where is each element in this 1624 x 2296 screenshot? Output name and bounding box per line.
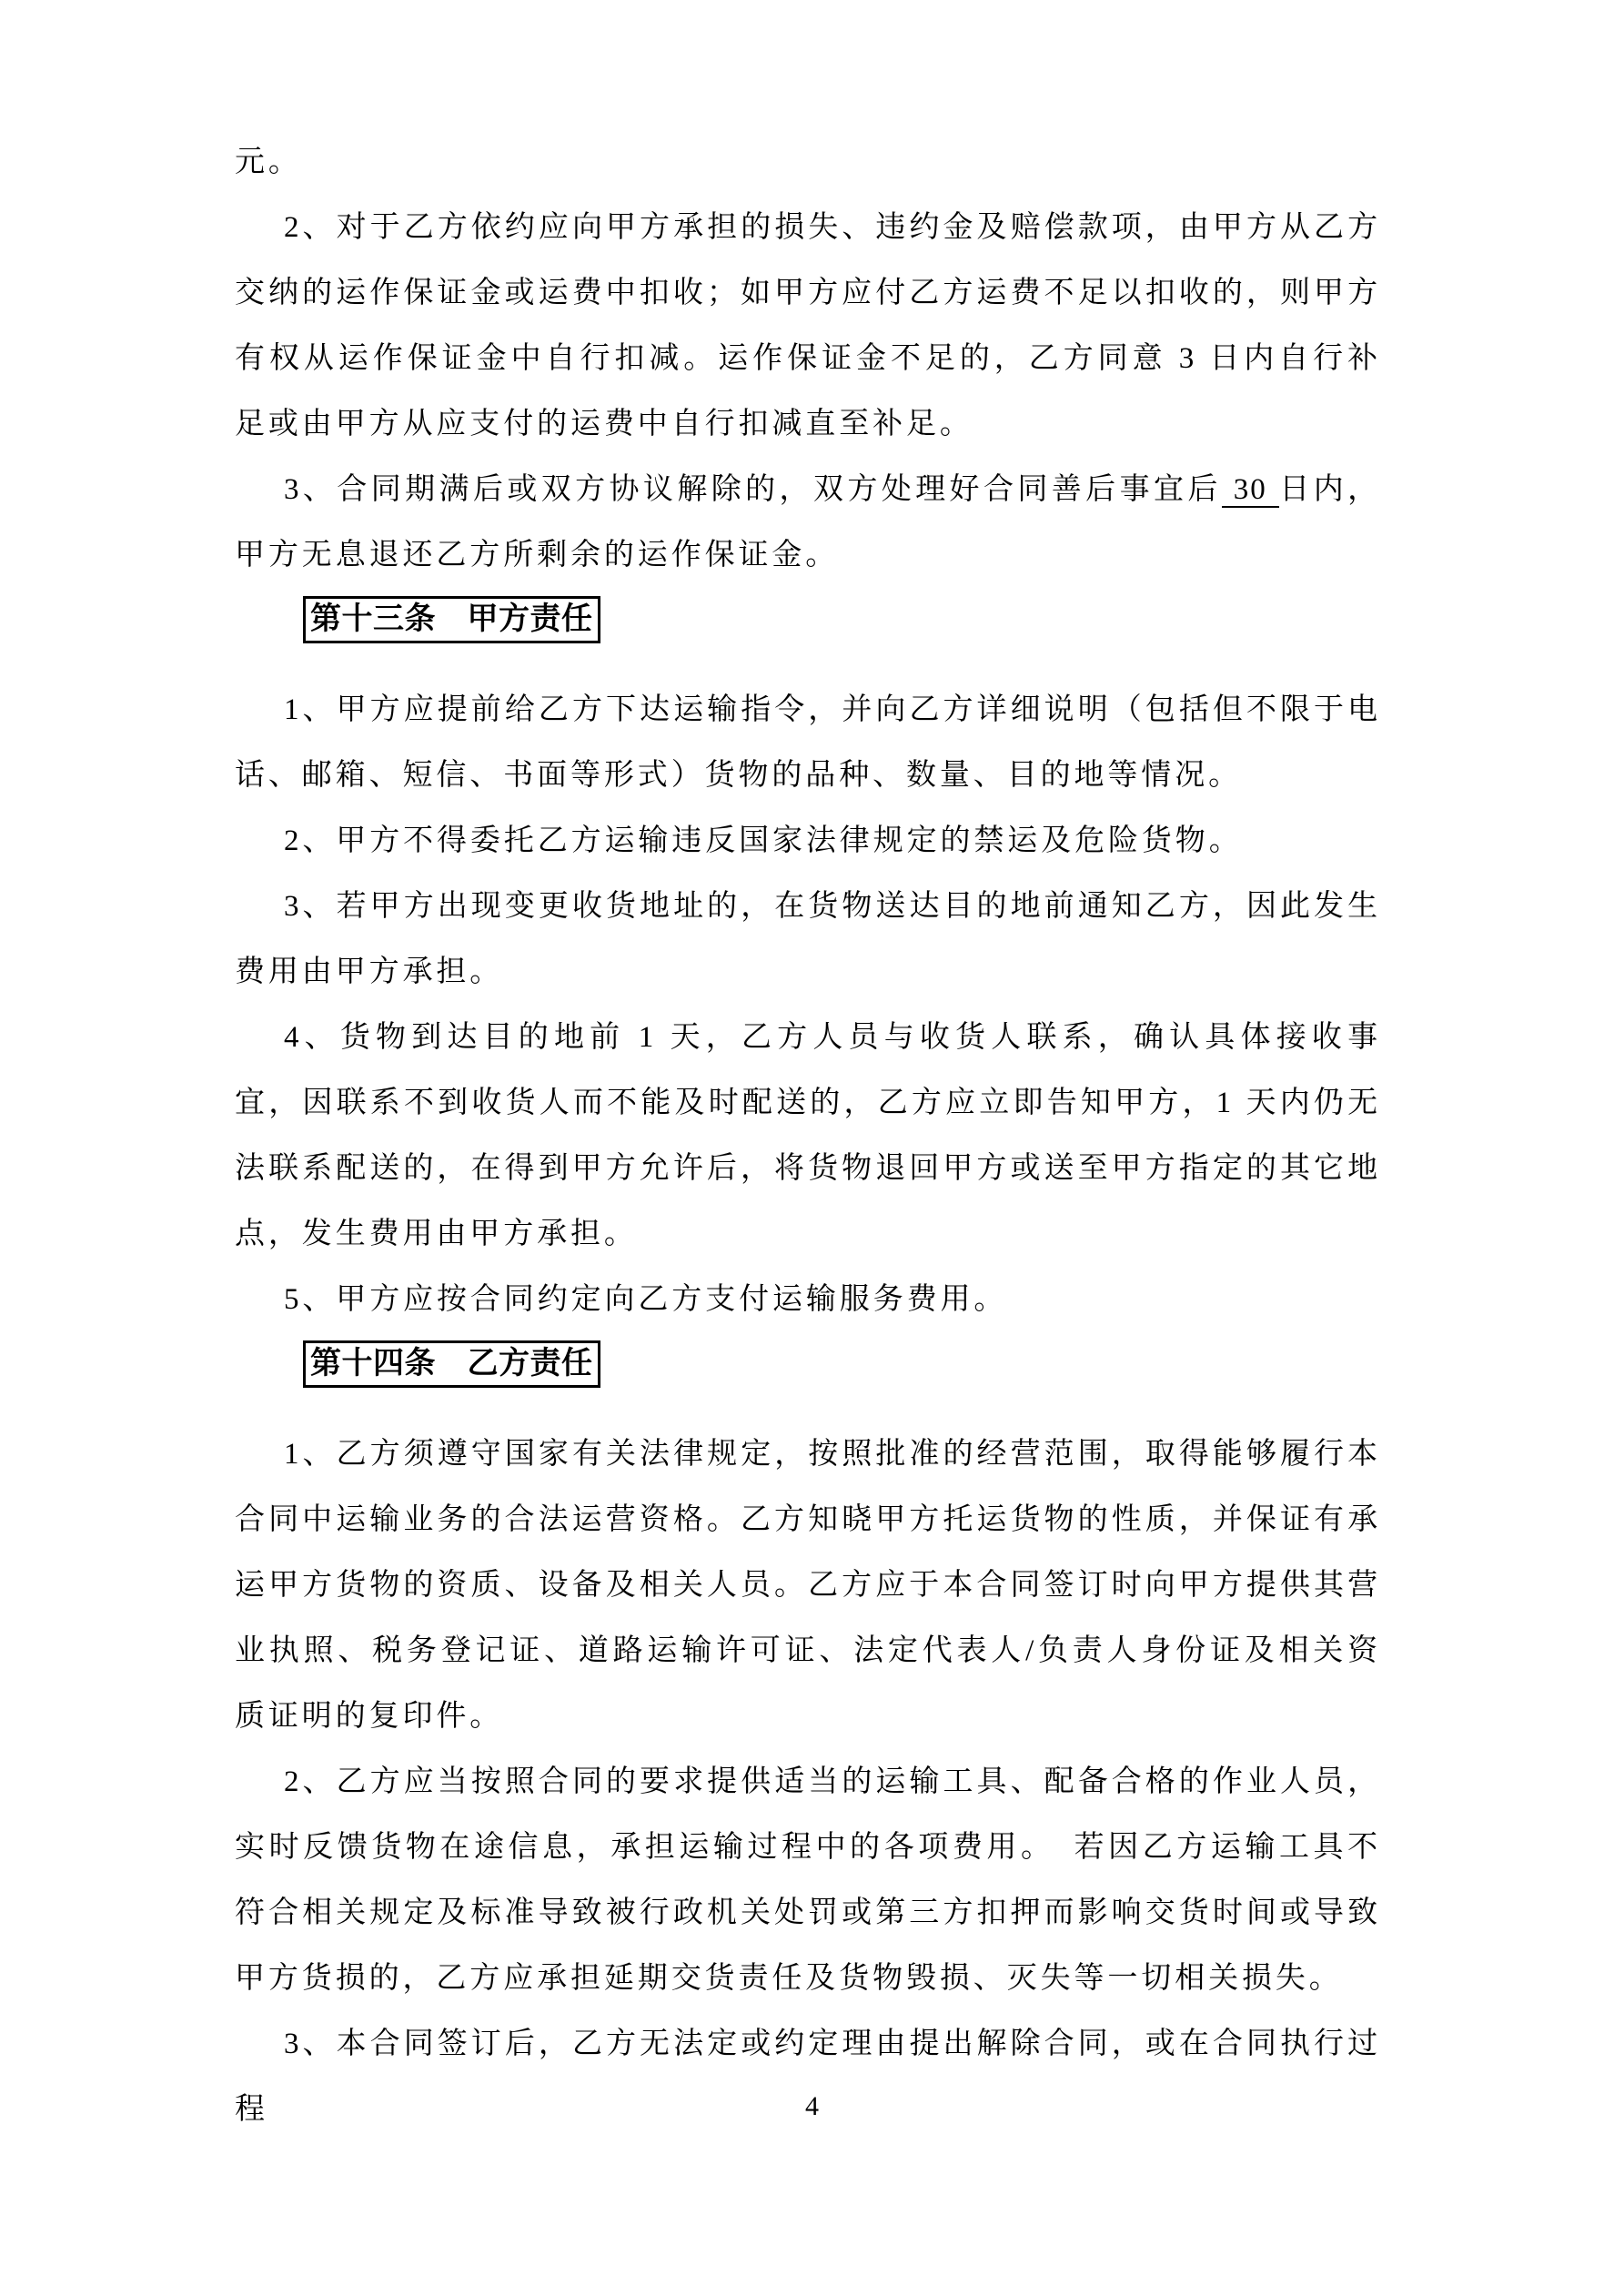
contract-body: 元。 2、对于乙方依约应向甲方承担的损失、违约金及赔偿款项，由甲方从乙方交纳的运…: [235, 129, 1381, 2142]
paragraph-clause12-item3: 3、合同期满后或双方协议解除的，双方处理好合同善后事宜后30日内，甲方无息退还乙…: [235, 457, 1381, 588]
filled-blank-days: 30: [1222, 473, 1279, 508]
clause13-heading: 第十三条 甲方责任: [303, 596, 1381, 643]
paragraph-clause13-item1: 1、甲方应提前给乙方下达运输指令，并向乙方详细说明（包括但不限于电话、邮箱、短信…: [235, 677, 1381, 808]
paragraph-clause12-item2: 2、对于乙方依约应向甲方承担的损失、违约金及赔偿款项，由甲方从乙方交纳的运作保证…: [235, 195, 1381, 457]
page-number: 4: [0, 2089, 1624, 2124]
paragraph-clause13-item4: 4、货物到达目的地前 1 天，乙方人员与收货人联系，确认具体接收事宜，因联系不到…: [235, 1005, 1381, 1267]
clause12-item3-text-before: 3、合同期满后或双方协议解除的，双方处理好合同善后事宜后: [284, 473, 1222, 506]
paragraph-clause14-item1: 1、乙方须遵守国家有关法律规定，按照批准的经营范围，取得能够履行本合同中运输业务…: [235, 1421, 1381, 1749]
contract-page: 元。 2、对于乙方依约应向甲方承担的损失、违约金及赔偿款项，由甲方从乙方交纳的运…: [0, 0, 1624, 2296]
paragraph-clause13-item5: 5、甲方应按合同约定向乙方支付运输服务费用。: [235, 1267, 1381, 1332]
clause14-heading-box: 第十四条 乙方责任: [303, 1340, 600, 1388]
paragraph-clause13-item3: 3、若甲方出现变更收货地址的，在货物送达目的地前通知乙方，因此发生费用由甲方承担…: [235, 874, 1381, 1005]
paragraph-carryover: 元。: [235, 129, 1381, 195]
paragraph-clause13-item2: 2、甲方不得委托乙方运输违反国家法律规定的禁运及危险货物。: [235, 808, 1381, 874]
clause13-heading-box: 第十三条 甲方责任: [303, 596, 600, 643]
clause14-heading: 第十四条 乙方责任: [303, 1340, 1381, 1388]
paragraph-clause14-item2: 2、乙方应当按照合同的要求提供适当的运输工具、配备合格的作业人员，实时反馈货物在…: [235, 1749, 1381, 2011]
